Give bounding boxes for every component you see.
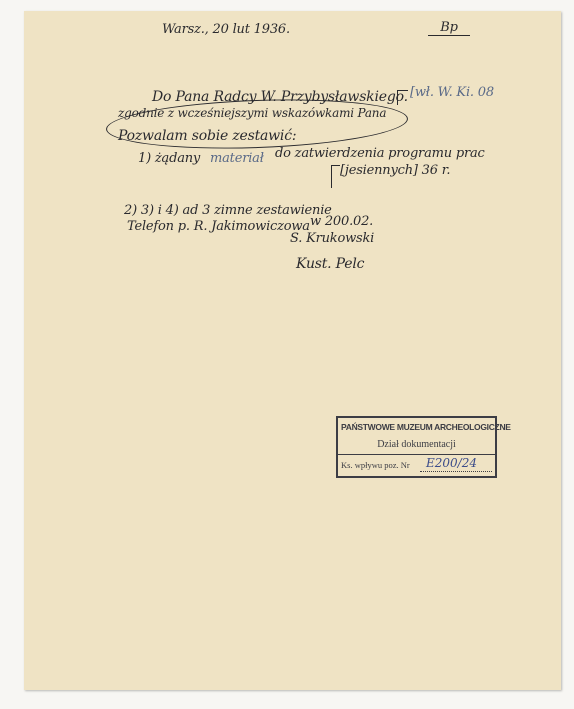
stamp-registry-line xyxy=(420,471,492,472)
museum-stamp: PAŃSTWOWE MUZEUM ARCHEOLOGICZNE Dział do… xyxy=(336,416,497,478)
body-line-7: Telefon p. R. Jakimowiczowa xyxy=(127,219,310,234)
address-note: [wł. W. Ki. 08 xyxy=(410,85,494,100)
stamp-registry-number: E200/24 xyxy=(426,456,477,470)
stamp-title: PAŃSTWOWE MUZEUM ARCHEOLOGICZNE xyxy=(341,422,492,432)
signature: Kust. Pelc xyxy=(296,256,364,272)
item-1-material: materiał xyxy=(210,151,264,166)
item-1-text: do zatwierdzenia programu prac xyxy=(275,146,485,161)
stamp-divider xyxy=(338,454,495,455)
author-name: S. Krukowski xyxy=(290,231,374,246)
date-line: Warsz., 20 lut 1936. xyxy=(162,22,290,37)
initials-mark: Bp xyxy=(428,20,470,36)
body-line-2: zgodnie z wcześniejszymi wskazówkami Pan… xyxy=(118,106,386,120)
body-line-6: 2) 3) i 4) ad 3 zimne zestawienie xyxy=(124,203,332,218)
bracket-mark xyxy=(397,90,408,105)
stamp-registry-label: Ks. wpływu poz. Nr xyxy=(341,460,410,470)
stamp-department: Dział dokumentacji xyxy=(338,439,495,450)
bracket-mark-2 xyxy=(331,165,340,188)
item-1-label: 1) żądany xyxy=(138,151,200,166)
body-line-7-number: w 200.02. xyxy=(310,214,373,229)
body-line-5: [jesiennych] 36 r. xyxy=(340,163,450,178)
body-line-3: Pozwalam sobie zestawić: xyxy=(118,128,296,144)
